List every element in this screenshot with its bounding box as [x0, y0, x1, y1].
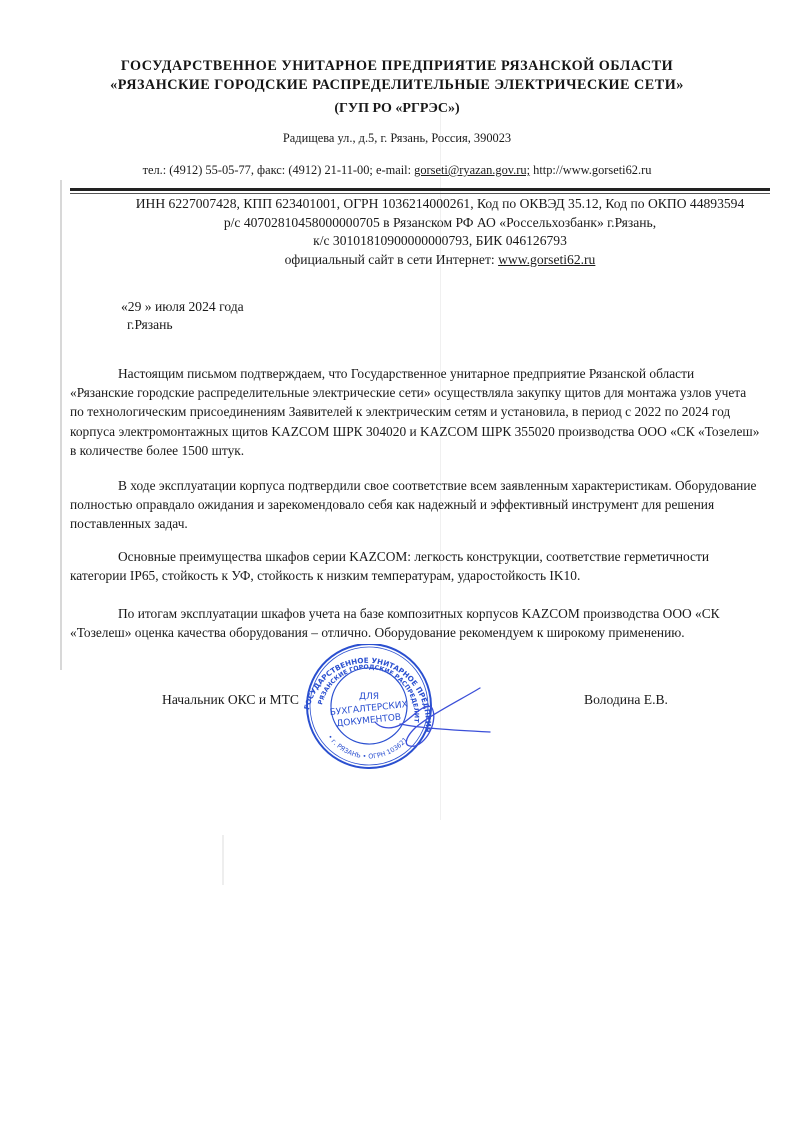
- header-divider-thin: [70, 193, 770, 194]
- letter-date-block: «29 » июля 2024 года г.Рязань: [121, 298, 244, 334]
- body-paragraph-4: По итогам эксплуатации шкафов учета на б…: [70, 604, 760, 642]
- org-name-line2: «РЯЗАНСКИЕ ГОРОДСКИЕ РАСПРЕДЕЛИТЕЛЬНЫЕ Э…: [0, 77, 794, 94]
- scan-artifact: [222, 835, 224, 885]
- paragraph-text: Настоящим письмом подтверждаем, что Госу…: [70, 366, 759, 458]
- requisites-line-4: официальный сайт в сети Интернет: www.go…: [60, 251, 794, 270]
- paragraph-text: По итогам эксплуатации шкафов учета на б…: [70, 606, 720, 640]
- bank-requisites: ИНН 6227007428, КПП 623401001, ОГРН 1036…: [60, 195, 794, 269]
- letter-city: г.Рязань: [121, 316, 244, 334]
- letter-date: «29 » июля 2024 года: [121, 298, 244, 316]
- body-paragraph-2: В ходе эксплуатации корпуса подтвердили …: [70, 476, 760, 534]
- requisites-line-3: к/с 30101810900000000793, БИК 046126793: [60, 232, 794, 251]
- signatory-position: Начальник ОКС и МТС: [162, 692, 299, 708]
- handwritten-signature-icon: [360, 680, 500, 755]
- org-name-line1: ГОСУДАРСТВЕННОЕ УНИТАРНОЕ ПРЕДПРИЯТИЕ РЯ…: [0, 58, 794, 75]
- header-divider-thick: [70, 188, 770, 191]
- paragraph-text: Основные преимущества шкафов серии KAZCO…: [70, 549, 709, 583]
- requisites-line-1: ИНН 6227007428, КПП 623401001, ОГРН 1036…: [60, 195, 794, 214]
- paragraph-text: В ходе эксплуатации корпуса подтвердили …: [70, 478, 756, 531]
- signatory-name: Володина Е.В.: [584, 692, 668, 708]
- contacts-phone-fax: тел.: (4912) 55-05-77, факс: (4912) 21-1…: [143, 163, 415, 177]
- body-paragraph-3: Основные преимущества шкафов серии KAZCO…: [70, 547, 760, 585]
- org-address: Радищева ул., д.5, г. Рязань, Россия, 39…: [0, 131, 794, 146]
- org-abbreviation: (ГУП РО «РГРЭС»): [0, 101, 794, 117]
- email-link[interactable]: gorseti@ryazan.gov.ru;: [414, 163, 530, 177]
- website-label: официальный сайт в сети Интернет:: [285, 252, 498, 267]
- body-paragraph-1: Настоящим письмом подтверждаем, что Госу…: [70, 364, 760, 460]
- requisites-line-2: р/с 40702810458000000705 в Рязанском РФ …: [60, 214, 794, 233]
- official-website-link[interactable]: www.gorseti62.ru: [498, 252, 595, 267]
- org-contacts: тел.: (4912) 55-05-77, факс: (4912) 21-1…: [0, 163, 794, 178]
- website-link[interactable]: http://www.gorseti62.ru: [530, 163, 651, 177]
